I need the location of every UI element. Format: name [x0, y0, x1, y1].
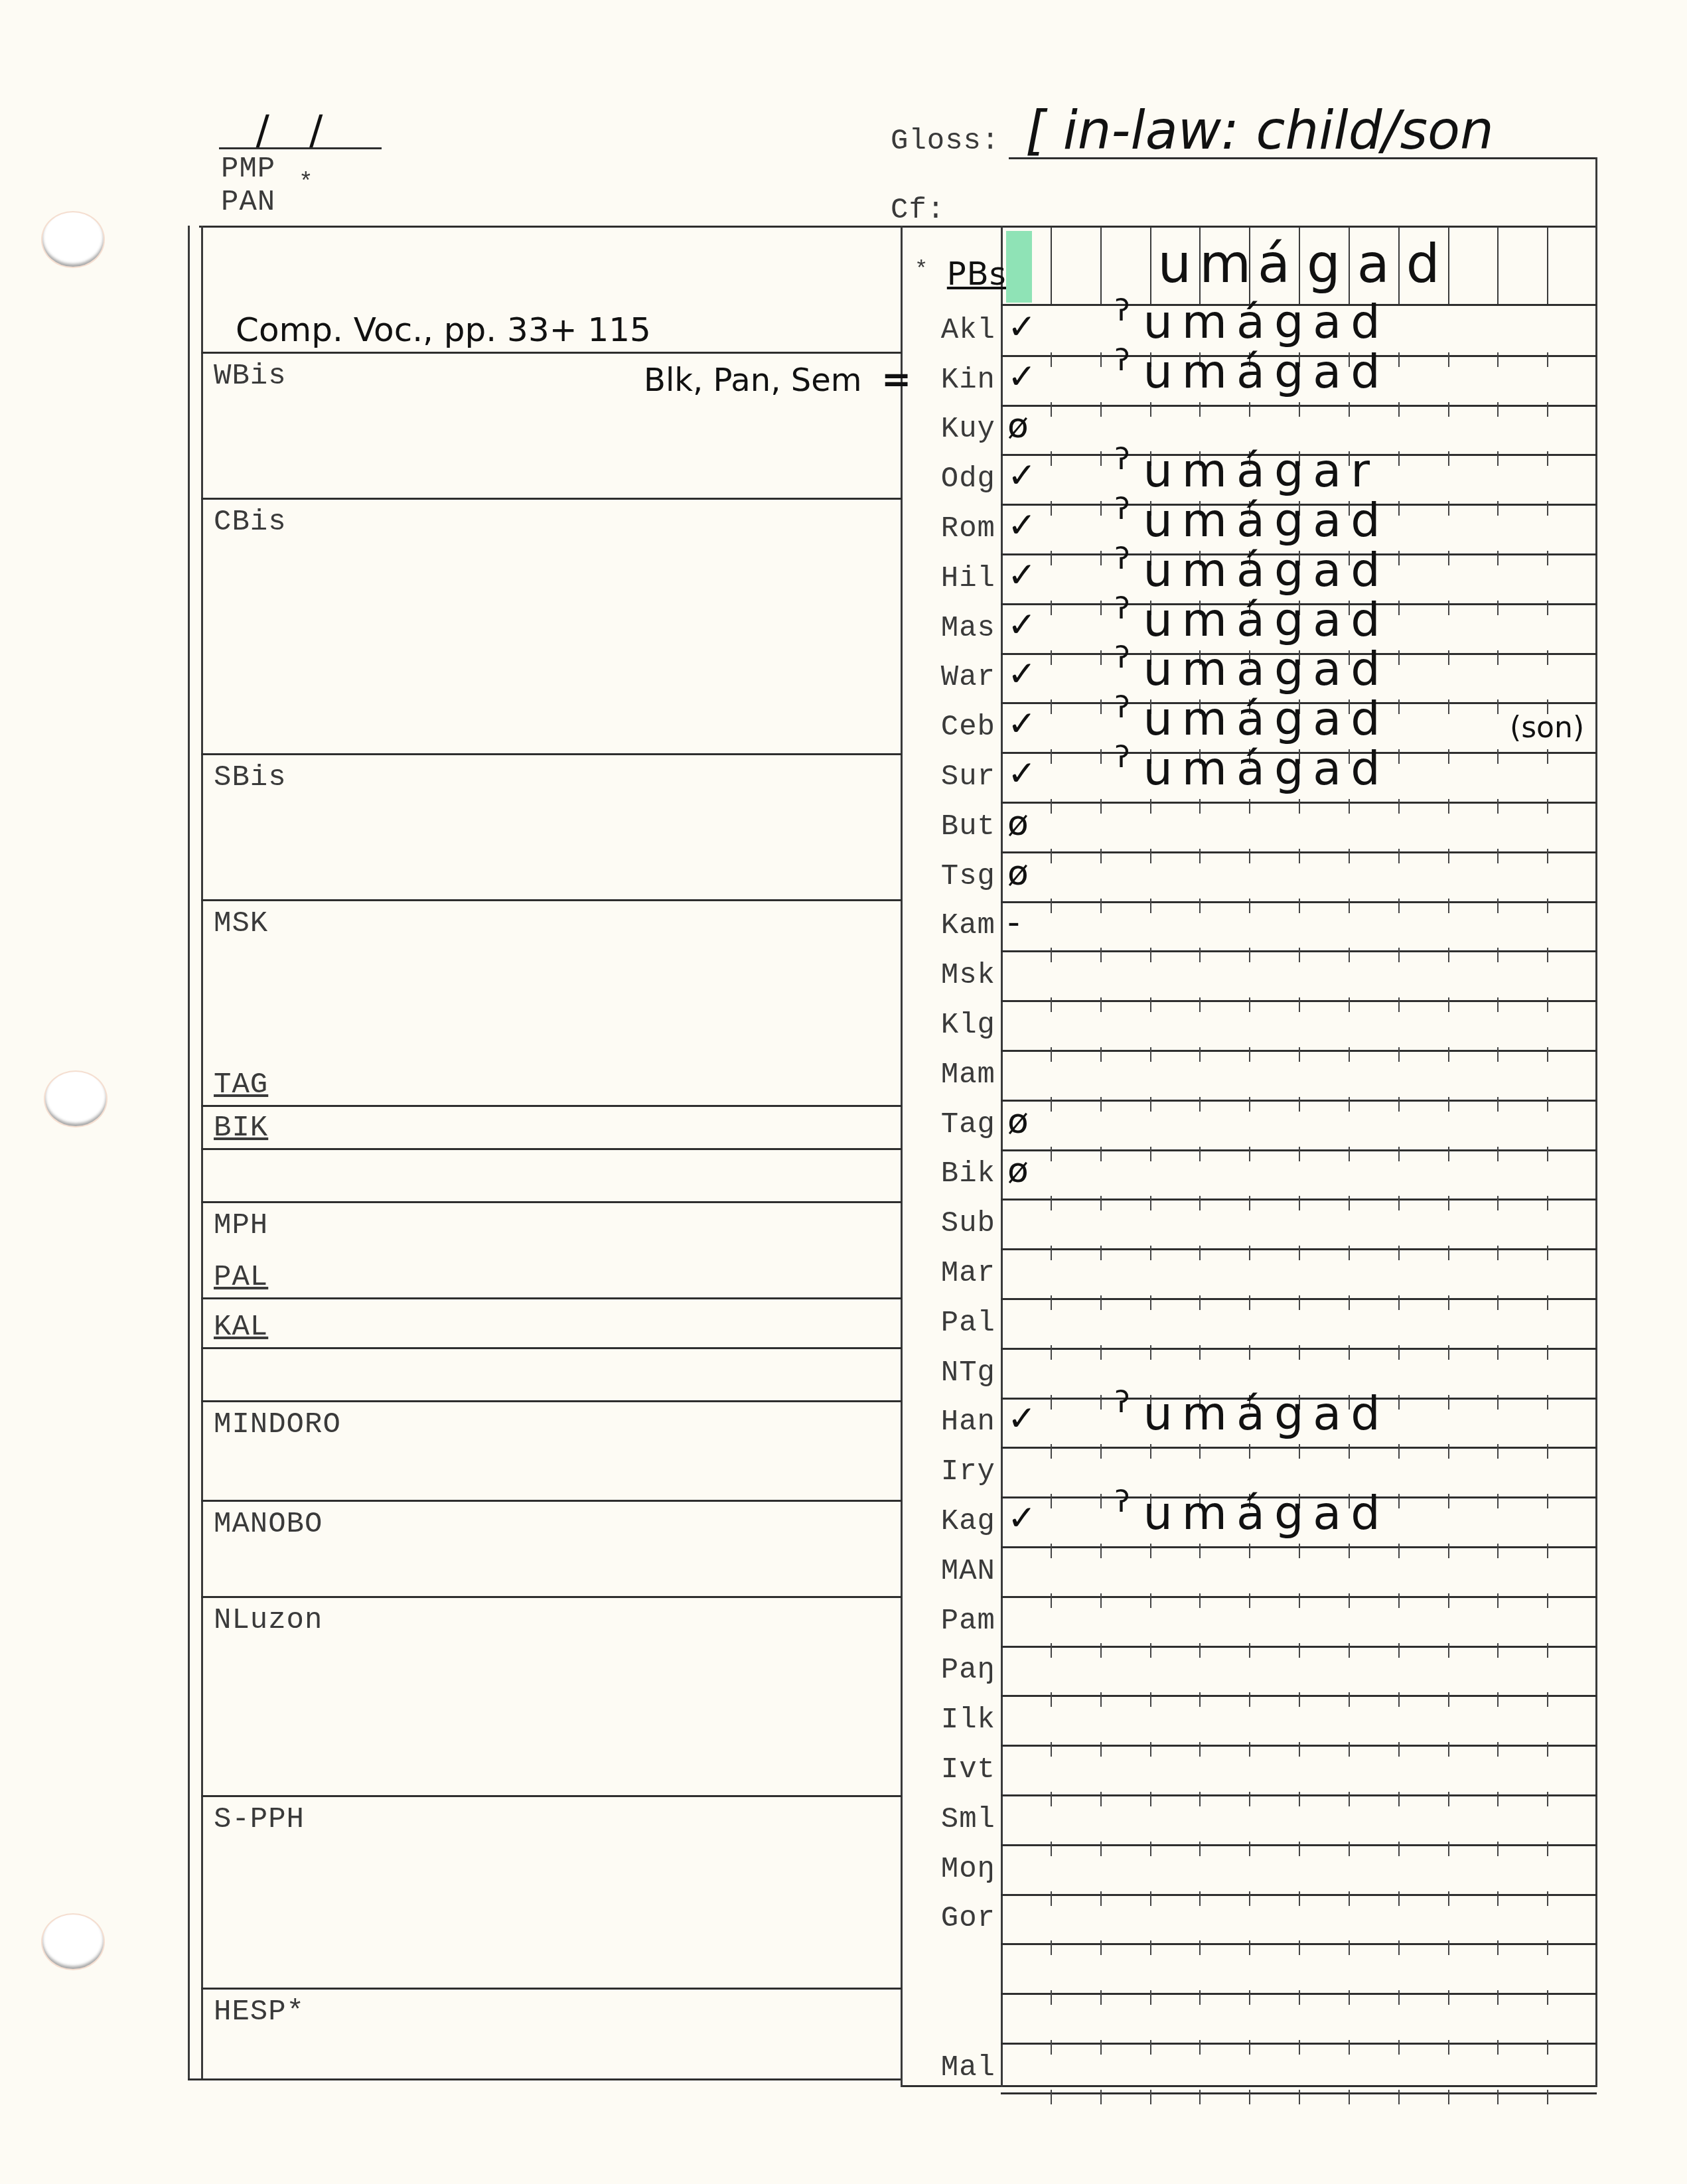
language-code: Gor: [916, 1902, 995, 1935]
row-tick: [1299, 1246, 1300, 1260]
row-tick: [1547, 899, 1548, 913]
row-tick: [1150, 997, 1151, 1012]
row-tick: [1199, 1742, 1201, 1757]
row-tick: [1051, 799, 1052, 814]
language-code: Kuy: [916, 413, 995, 446]
reflex-text: umágad: [1143, 1486, 1389, 1540]
row-tick: [1150, 1593, 1151, 1608]
row-tick: [1497, 2090, 1499, 2104]
row-tick: [1547, 1345, 1548, 1360]
row-tick: [1051, 1295, 1052, 1310]
row-tick: [1547, 1940, 1548, 1955]
row-tick: [1448, 451, 1449, 466]
row-tick: [1051, 1494, 1052, 1508]
row-tick: [1299, 997, 1300, 1012]
row-tick: [1547, 1593, 1548, 1608]
row-tick: [1100, 1742, 1102, 1757]
row-tick: [1349, 1047, 1350, 1062]
section-label-wbis: WBis: [214, 360, 287, 393]
row-tick: [1398, 402, 1400, 417]
row-tick: [1051, 1593, 1052, 1608]
reflex-form: ʔumágad: [1115, 741, 1390, 796]
row-tick: [1547, 1742, 1548, 1757]
check-icon: ✓: [1007, 307, 1037, 347]
language-code: War: [916, 661, 995, 694]
gloss-label: Gloss:: [891, 125, 999, 158]
language-code: Tsg: [916, 860, 995, 893]
language-code: Akl: [916, 314, 995, 347]
row-tick: [1150, 1444, 1151, 1459]
row-tick: [1299, 1842, 1300, 1856]
row-tick: [1349, 1643, 1350, 1658]
row-tick: [1497, 1891, 1499, 1906]
row-tick: [1349, 2090, 1350, 2104]
row-tick: [1448, 997, 1449, 1012]
row-tick: [1100, 849, 1102, 863]
row-tick: [1448, 402, 1449, 417]
section-divider: [201, 899, 902, 901]
row-tick: [1547, 1494, 1548, 1508]
row-tick: [1199, 1345, 1201, 1360]
row-tick: [1199, 2090, 1201, 2104]
row-tick: [1448, 1940, 1449, 1955]
row-tick: [1100, 2040, 1102, 2055]
row-tick: [1150, 2090, 1151, 2104]
row-tick: [1299, 799, 1300, 814]
row-tick: [1398, 1842, 1400, 1856]
row-tick: [1398, 1494, 1400, 1508]
reflex-form: ʔumágad: [1115, 492, 1390, 547]
row-tick: [1398, 699, 1400, 714]
recon-cell: m: [1199, 231, 1249, 303]
language-code: Han: [916, 1406, 995, 1439]
glottal-stop: ʔ: [1115, 741, 1143, 774]
reflex-text: umágad: [1143, 593, 1389, 647]
section-label-msk: MSK: [214, 907, 268, 940]
row-tick: [1398, 1990, 1400, 2005]
row-tick: [1249, 1295, 1250, 1310]
row-tick: [1448, 2090, 1449, 2104]
row-tick: [1051, 2040, 1052, 2055]
row-tick: [1199, 997, 1201, 1012]
recon-cell: á: [1249, 231, 1299, 303]
row-tick: [1349, 1345, 1350, 1360]
language-code: Mar: [916, 1257, 995, 1290]
row-tick: [1249, 997, 1250, 1012]
row-tick: [1299, 1990, 1300, 2005]
recon-cell: [1051, 231, 1100, 303]
row-tick: [1051, 1842, 1052, 1856]
row-tick: [1249, 1891, 1250, 1906]
row-tick: [1299, 2090, 1300, 2104]
glottal-stop: ʔ: [1115, 592, 1143, 626]
row-tick: [1547, 1792, 1548, 1806]
row-tick: [1398, 849, 1400, 863]
recon-cell: [1547, 231, 1597, 303]
row-tick: [1199, 849, 1201, 863]
row-tick: [1497, 1295, 1499, 1310]
section-label-s-pph: S-PPH: [214, 1803, 305, 1836]
row-tick: [1051, 1544, 1052, 1558]
row-tick: [1100, 1643, 1102, 1658]
row-tick: [1547, 1395, 1548, 1410]
row-tick: [1199, 1692, 1201, 1707]
row-tick: [1349, 1940, 1350, 1955]
row-tick: [1547, 1097, 1548, 1112]
row-tick: [1150, 1742, 1151, 1757]
reconstruction-label-text: PBs: [947, 255, 1007, 293]
row-tick: [1497, 1792, 1499, 1806]
check-icon: ✓: [1007, 506, 1037, 546]
row-tick: [1349, 1544, 1350, 1558]
row-tick: [1547, 799, 1548, 814]
row-tick: [1249, 1345, 1250, 1360]
row-tick: [1448, 1295, 1449, 1310]
reflex-form: ʔumágad: [1115, 344, 1390, 399]
row-tick: [1100, 1196, 1102, 1210]
row-tick: [1100, 1891, 1102, 1906]
row-tick: [1448, 1345, 1449, 1360]
glottal-stop: ʔ: [1115, 1485, 1143, 1519]
table-top-border: [199, 226, 1597, 228]
row-tick: [1249, 402, 1250, 417]
recon-cell: u: [1150, 231, 1200, 303]
row-tick: [1448, 1692, 1449, 1707]
row-tick: [1497, 749, 1499, 764]
row-tick: [1349, 1692, 1350, 1707]
row-tick: [1497, 699, 1499, 714]
row-tick: [1199, 1097, 1201, 1112]
row-tick: [1100, 1494, 1102, 1508]
row-tick: [1349, 2040, 1350, 2055]
section-label-tag: TAG: [214, 1068, 268, 1102]
row-tick: [1299, 1742, 1300, 1757]
gloss-underline: [1009, 157, 1596, 159]
row-tick: [1398, 948, 1400, 962]
section-divider: [201, 753, 902, 755]
row-tick: [1448, 1990, 1449, 2005]
reference-note: Comp. Voc., pp. 33+ 115: [236, 311, 651, 349]
row-tick: [1100, 1593, 1102, 1608]
row-tick: [1051, 1643, 1052, 1658]
row-tick: [1398, 1395, 1400, 1410]
row-tick: [1547, 551, 1548, 565]
row-tick: [1497, 402, 1499, 417]
section-label-hesp: HESP*: [214, 1996, 305, 2029]
reflex-text: umágad: [1143, 1386, 1389, 1441]
recon-cell: [1497, 231, 1547, 303]
language-code: Moŋ: [916, 1853, 995, 1886]
binder-hole-bottom: [42, 1915, 104, 1969]
section-divider: [201, 1500, 902, 1502]
row-tick: [1398, 650, 1400, 665]
row-tick: [1051, 1196, 1052, 1210]
row-tick: [1249, 1097, 1250, 1112]
row-tick: [1448, 699, 1449, 714]
row-tick: [1547, 451, 1548, 466]
row-tick: [1398, 1295, 1400, 1310]
row-tick: [1299, 1940, 1300, 1955]
row-tick: [1299, 1295, 1300, 1310]
row-tick: [1150, 1345, 1151, 1360]
row-tick: [1398, 799, 1400, 814]
language-code: MAN: [916, 1555, 995, 1588]
row-tick: [1349, 1891, 1350, 1906]
row-tick: [1398, 2040, 1400, 2055]
reflex-form: ʔumágad: [1115, 542, 1390, 597]
row-tick: [1349, 1842, 1350, 1856]
row-tick: [1349, 1196, 1350, 1210]
row-tick: [1547, 997, 1548, 1012]
language-code: Klg: [916, 1009, 995, 1042]
row-tick: [1398, 1345, 1400, 1360]
null-icon: ø: [1007, 406, 1029, 446]
row-tick: [1398, 1891, 1400, 1906]
row-tick: [1150, 1544, 1151, 1558]
section-label-bik: BIK: [214, 1112, 268, 1145]
row-tick: [1199, 1047, 1201, 1062]
reflex-form: ʔumágad: [1115, 294, 1390, 349]
row-tick: [1497, 1692, 1499, 1707]
row-tick: [1249, 2090, 1250, 2104]
row-tick: [1051, 352, 1052, 367]
row-tick: [1497, 1196, 1499, 1210]
reflex-form: ʔumágad: [1115, 691, 1390, 746]
row-tick: [1100, 451, 1102, 466]
row-tick: [1448, 1395, 1449, 1410]
reflex-form: ʔumágad: [1115, 592, 1390, 647]
row-tick: [1051, 501, 1052, 516]
row-tick: [1150, 799, 1151, 814]
row-tick: [1100, 1444, 1102, 1459]
row-tick: [1349, 997, 1350, 1012]
row-tick: [1051, 402, 1052, 417]
reflex-form: ʔumágar: [1115, 443, 1379, 498]
row-tick: [1249, 1593, 1250, 1608]
row-tick: [1299, 2040, 1300, 2055]
row-tick: [1547, 1444, 1548, 1459]
row-tick: [1051, 1395, 1052, 1410]
row-tick: [1547, 849, 1548, 863]
row-tick: [1150, 1891, 1151, 1906]
gloss-box-right-border: [1595, 157, 1597, 230]
row-tick: [1051, 749, 1052, 764]
row-tick: [1497, 849, 1499, 863]
row-tick: [1497, 1742, 1499, 1757]
row-tick: [1100, 551, 1102, 565]
table-left-inner-border: [201, 226, 203, 2080]
row-tick: [1398, 1147, 1400, 1161]
row-tick: [1349, 1246, 1350, 1260]
row-tick: [1100, 402, 1102, 417]
row-tick: [1150, 1196, 1151, 1210]
section-label-mph: MPH: [214, 1209, 268, 1242]
row-tick: [1249, 1246, 1250, 1260]
row-tick: [1448, 1842, 1449, 1856]
row-tick: [1497, 2040, 1499, 2055]
row-tick: [1199, 1593, 1201, 1608]
row-tick: [1547, 601, 1548, 615]
row-tick: [1199, 1246, 1201, 1260]
language-code: Sur: [916, 761, 995, 794]
row-tick: [1398, 2090, 1400, 2104]
row-tick: [1150, 1842, 1151, 1856]
row-tick: [1448, 799, 1449, 814]
row-tick: [1199, 1940, 1201, 1955]
row-tick: [1497, 997, 1499, 1012]
proto-label-pan: PAN: [221, 186, 275, 219]
row-tick: [1199, 2040, 1201, 2055]
row-tick: [1051, 899, 1052, 913]
glottal-stop: ʔ: [1115, 691, 1143, 725]
row-tick: [1349, 1792, 1350, 1806]
row-tick: [1349, 899, 1350, 913]
language-code: Iry: [916, 1455, 995, 1489]
row-tick: [1150, 899, 1151, 913]
row-tick: [1150, 849, 1151, 863]
row-tick: [1349, 799, 1350, 814]
row-tick: [1349, 948, 1350, 962]
row-tick: [1398, 997, 1400, 1012]
language-code: Sub: [916, 1207, 995, 1240]
row-tick: [1100, 1047, 1102, 1062]
row-tick: [1249, 899, 1250, 913]
row-tick: [1547, 1544, 1548, 1558]
row-tick: [1398, 551, 1400, 565]
row-tick: [1150, 2040, 1151, 2055]
null-icon: ø: [1007, 853, 1029, 893]
language-code: But: [916, 810, 995, 843]
language-code: Hil: [916, 562, 995, 595]
row-tick: [1199, 1147, 1201, 1161]
row-tick: [1249, 1940, 1250, 1955]
row-tick: [1051, 1047, 1052, 1062]
row-tick: [1497, 1494, 1499, 1508]
language-code: Kag: [916, 1505, 995, 1538]
row-tick: [1299, 1097, 1300, 1112]
row-tick: [1199, 1544, 1201, 1558]
reconstruction-label: * PBs: [915, 255, 1007, 294]
section-label-manobo: MANOBO: [214, 1508, 323, 1541]
table-bottom-border-left: [188, 2078, 901, 2080]
section-divider: [201, 498, 902, 500]
row-tick: [1100, 1345, 1102, 1360]
reflex-text: umágad: [1143, 692, 1389, 746]
check-icon: ✓: [1007, 1498, 1037, 1538]
row-tick: [1249, 948, 1250, 962]
row-tick: [1299, 1792, 1300, 1806]
row-tick: [1199, 799, 1201, 814]
row-tick: [1547, 1891, 1548, 1906]
row-tick: [1100, 899, 1102, 913]
row-tick: [1150, 948, 1151, 962]
dash-icon: -: [1007, 903, 1020, 942]
row-tick: [1448, 1643, 1449, 1658]
row-tick: [1547, 402, 1548, 417]
glottal-stop: ʔ: [1115, 542, 1143, 576]
row-tick: [1547, 1295, 1548, 1310]
language-code: Rom: [916, 512, 995, 546]
row-tick: [1150, 1792, 1151, 1806]
row-tick: [1100, 1395, 1102, 1410]
reflex-text: umágad: [1143, 295, 1389, 349]
row-tick: [1199, 1643, 1201, 1658]
language-code: Kam: [916, 909, 995, 942]
row-tick: [1150, 402, 1151, 417]
row-tick: [1547, 1692, 1548, 1707]
row-tick: [1398, 1742, 1400, 1757]
row-tick: [1199, 1792, 1201, 1806]
row-tick: [1249, 1544, 1250, 1558]
recon-cell: g: [1299, 231, 1349, 303]
row-tick: [1051, 699, 1052, 714]
glottal-stop: ʔ: [1115, 344, 1143, 378]
row-tick: [1051, 997, 1052, 1012]
row-tick: [1249, 799, 1250, 814]
row-tick: [1547, 1842, 1548, 1856]
row-tick: [1448, 1891, 1449, 1906]
row-tick: [1448, 1792, 1449, 1806]
row-tick: [1547, 1990, 1548, 2005]
row-tick: [1199, 1891, 1201, 1906]
row-tick: [1497, 1544, 1499, 1558]
row-tick: [1497, 501, 1499, 516]
row-tick: [1448, 650, 1449, 665]
row-tick: [1547, 1147, 1548, 1161]
row-tick: [1100, 352, 1102, 367]
row-tick: [1150, 1643, 1151, 1658]
row-tick: [1448, 601, 1449, 615]
language-code: Ceb: [916, 711, 995, 744]
cf-label: Cf:: [891, 194, 945, 227]
row-tick: [1349, 402, 1350, 417]
row-tick: [1497, 1940, 1499, 1955]
row-tick: [1299, 1444, 1300, 1459]
section-divider: [201, 352, 902, 354]
row-tick: [1547, 352, 1548, 367]
row-tick: [1051, 1990, 1052, 2005]
section-label-pal: PAL: [214, 1261, 268, 1294]
row-tick: [1547, 948, 1548, 962]
row-tick: [1448, 1196, 1449, 1210]
row-tick: [1100, 1990, 1102, 2005]
row-tick: [1051, 601, 1052, 615]
row-tick: [1100, 699, 1102, 714]
row-tick: [1497, 1593, 1499, 1608]
row-tick: [1448, 1097, 1449, 1112]
row-tick: [1051, 551, 1052, 565]
row-tick: [1299, 1147, 1300, 1161]
row-tick: [1199, 402, 1201, 417]
row-tick: [1349, 1295, 1350, 1310]
row-tick: [1299, 849, 1300, 863]
section-divider: [201, 1105, 902, 1107]
row-tick: [1100, 1097, 1102, 1112]
row-tick: [1150, 1940, 1151, 1955]
row-tick: [1150, 1246, 1151, 1260]
check-icon: ✓: [1007, 456, 1037, 496]
row-tick: [1100, 749, 1102, 764]
row-tick: [1051, 948, 1052, 962]
row-tick: [1349, 849, 1350, 863]
language-code: Paŋ: [916, 1654, 995, 1687]
row-tick: [1299, 899, 1300, 913]
row-tick: [1349, 1444, 1350, 1459]
row-tick: [1199, 1444, 1201, 1459]
row-tick: [1199, 1295, 1201, 1310]
left-column-divider: [901, 226, 903, 2087]
row-tick: [1398, 601, 1400, 615]
